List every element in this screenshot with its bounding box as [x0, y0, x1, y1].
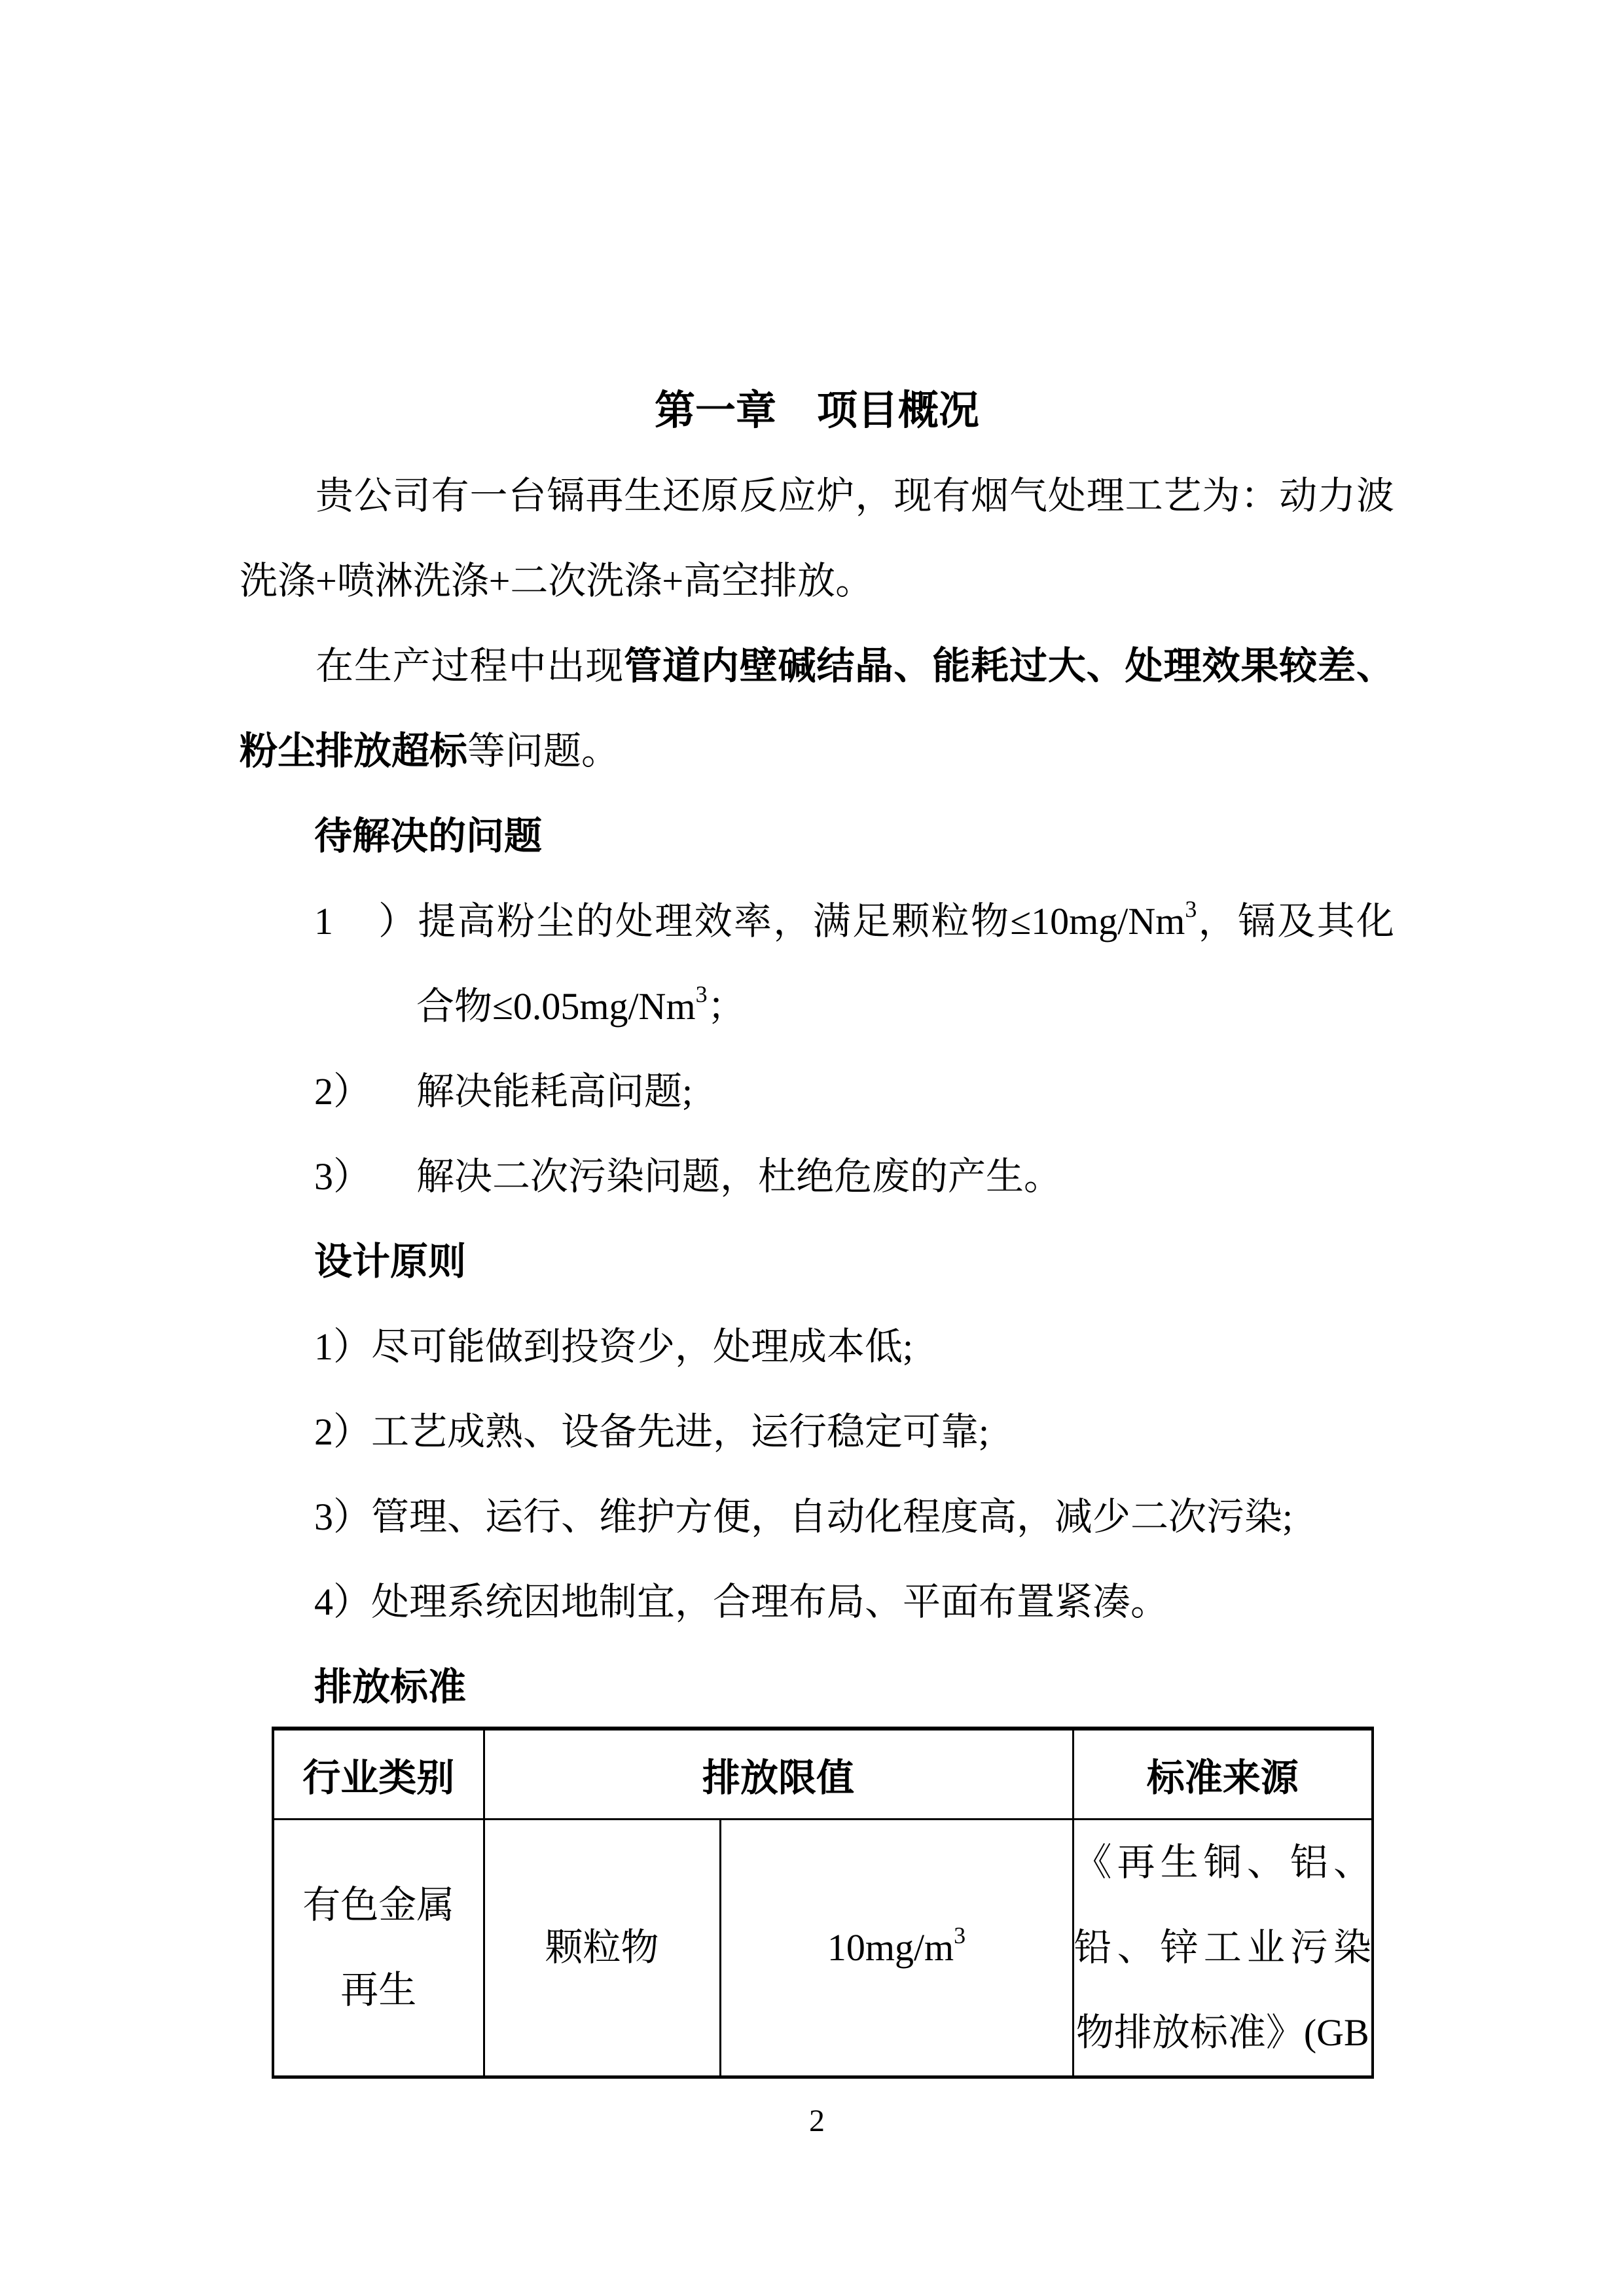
source-line-1: 《再生铜、铝、 [1074, 1820, 1372, 1905]
page-title: 第一章 项目概况 [240, 368, 1394, 454]
problem-1-text: 提高粉尘的处理效率，满足颗粒物≤10mg/Nm [416, 900, 1185, 942]
paragraph-2-normal-end: 等问题。 [467, 730, 619, 772]
paragraph-1-line-1: 贵公司有一台镉再生还原反应炉，现有烟气处理工艺为：动力波 [240, 454, 1394, 539]
header-industry-category: 行业类别 [273, 1729, 484, 1820]
source-line-2: 铅、锌工业污染 [1074, 1905, 1372, 1990]
paragraph-2-normal-start: 在生产过程中出现 [316, 645, 624, 687]
industry-line-1: 有色金属 [274, 1863, 483, 1948]
superscript: 3 [1185, 896, 1197, 922]
problem-item-1-line-1: 1）提高粉尘的处理效率，满足颗粒物≤10mg/Nm3，镉及其化 [240, 879, 1394, 964]
document-page: 第一章 项目概况 贵公司有一台镉再生还原反应炉，现有烟气处理工艺为：动力波 洗涤… [0, 0, 1624, 2296]
table-row: 有色金属 再生 颗粒物 10mg/m3 《再生铜、铝、 铅、锌工业污染 物排放标… [273, 1820, 1373, 2077]
header-standard-source: 标准来源 [1073, 1729, 1373, 1820]
limit-value: 10mg/m [827, 1926, 954, 1969]
problem-1-text-end: ； [708, 985, 746, 1028]
problem-item-1-line-2: 合物≤0.05mg/Nm3； [240, 964, 1394, 1049]
list-number: 2） [314, 1049, 416, 1134]
table-header-row: 行业类别 排放限值 标准来源 [273, 1729, 1373, 1820]
principle-item-4: 4）处理系统因地制宜，合理布局、平面布置紧凑。 [240, 1560, 1394, 1645]
principle-item-3: 3）管理、运行、维护方便，自动化程度高，减少二次污染; [240, 1475, 1394, 1560]
heading-standards: 排放标准 [240, 1645, 1394, 1730]
superscript: 3 [696, 981, 708, 1007]
paragraph-2-bold-run-2: 粉尘排放超标 [240, 730, 467, 772]
cell-industry: 有色金属 再生 [273, 1820, 484, 2077]
source-line-3: 物排放标准》(GB [1074, 1990, 1372, 2075]
paragraph-2-line-1: 在生产过程中出现管道内壁碱结晶、能耗过大、处理效果较差、 [240, 624, 1394, 709]
document-body: 第一章 项目概况 贵公司有一台镉再生还原反应炉，现有烟气处理工艺为：动力波 洗涤… [0, 0, 1624, 2164]
paragraph-1-line-2: 洗涤+喷淋洗涤+二次洗涤+高空排放。 [240, 539, 1394, 624]
paragraph-2-bold-run-1: 管道内壁碱结晶、能耗过大、处理效果较差、 [624, 645, 1394, 687]
superscript: 3 [954, 1922, 965, 1948]
principle-item-1: 1）尽可能做到投资少，处理成本低; [240, 1304, 1394, 1390]
problem-1-text-cont: ，镉及其化 [1197, 900, 1394, 942]
industry-line-2: 再生 [274, 1948, 483, 2033]
list-number: 3） [314, 1134, 416, 1219]
problem-3-text: 解决二次污染问题，杜绝危废的产生。 [416, 1155, 1062, 1198]
principle-item-2: 2）工艺成熟、设备先进，运行稳定可靠; [240, 1390, 1394, 1475]
page-number: 2 [240, 2079, 1394, 2164]
heading-principles: 设计原则 [240, 1219, 1394, 1304]
list-number: 1） [314, 879, 416, 964]
cell-source: 《再生铜、铝、 铅、锌工业污染 物排放标准》(GB [1073, 1820, 1373, 2077]
standards-table: 行业类别 排放限值 标准来源 有色金属 再生 颗粒物 10mg/m3 《再生铜、… [272, 1727, 1374, 2079]
cell-limit: 10mg/m3 [720, 1820, 1073, 2077]
problem-2-text: 解决能耗高问题; [416, 1070, 693, 1113]
heading-problems: 待解决的问题 [240, 794, 1394, 879]
problem-item-2: 2）解决能耗高问题; [240, 1049, 1394, 1134]
problem-item-3: 3）解决二次污染问题，杜绝危废的产生。 [240, 1134, 1394, 1219]
cell-pollutant: 颗粒物 [484, 1820, 720, 2077]
paragraph-2-line-2: 粉尘排放超标等问题。 [240, 709, 1394, 794]
problem-1-text-wrap: 合物≤0.05mg/Nm [416, 985, 696, 1028]
header-emission-limit: 排放限值 [484, 1729, 1073, 1820]
